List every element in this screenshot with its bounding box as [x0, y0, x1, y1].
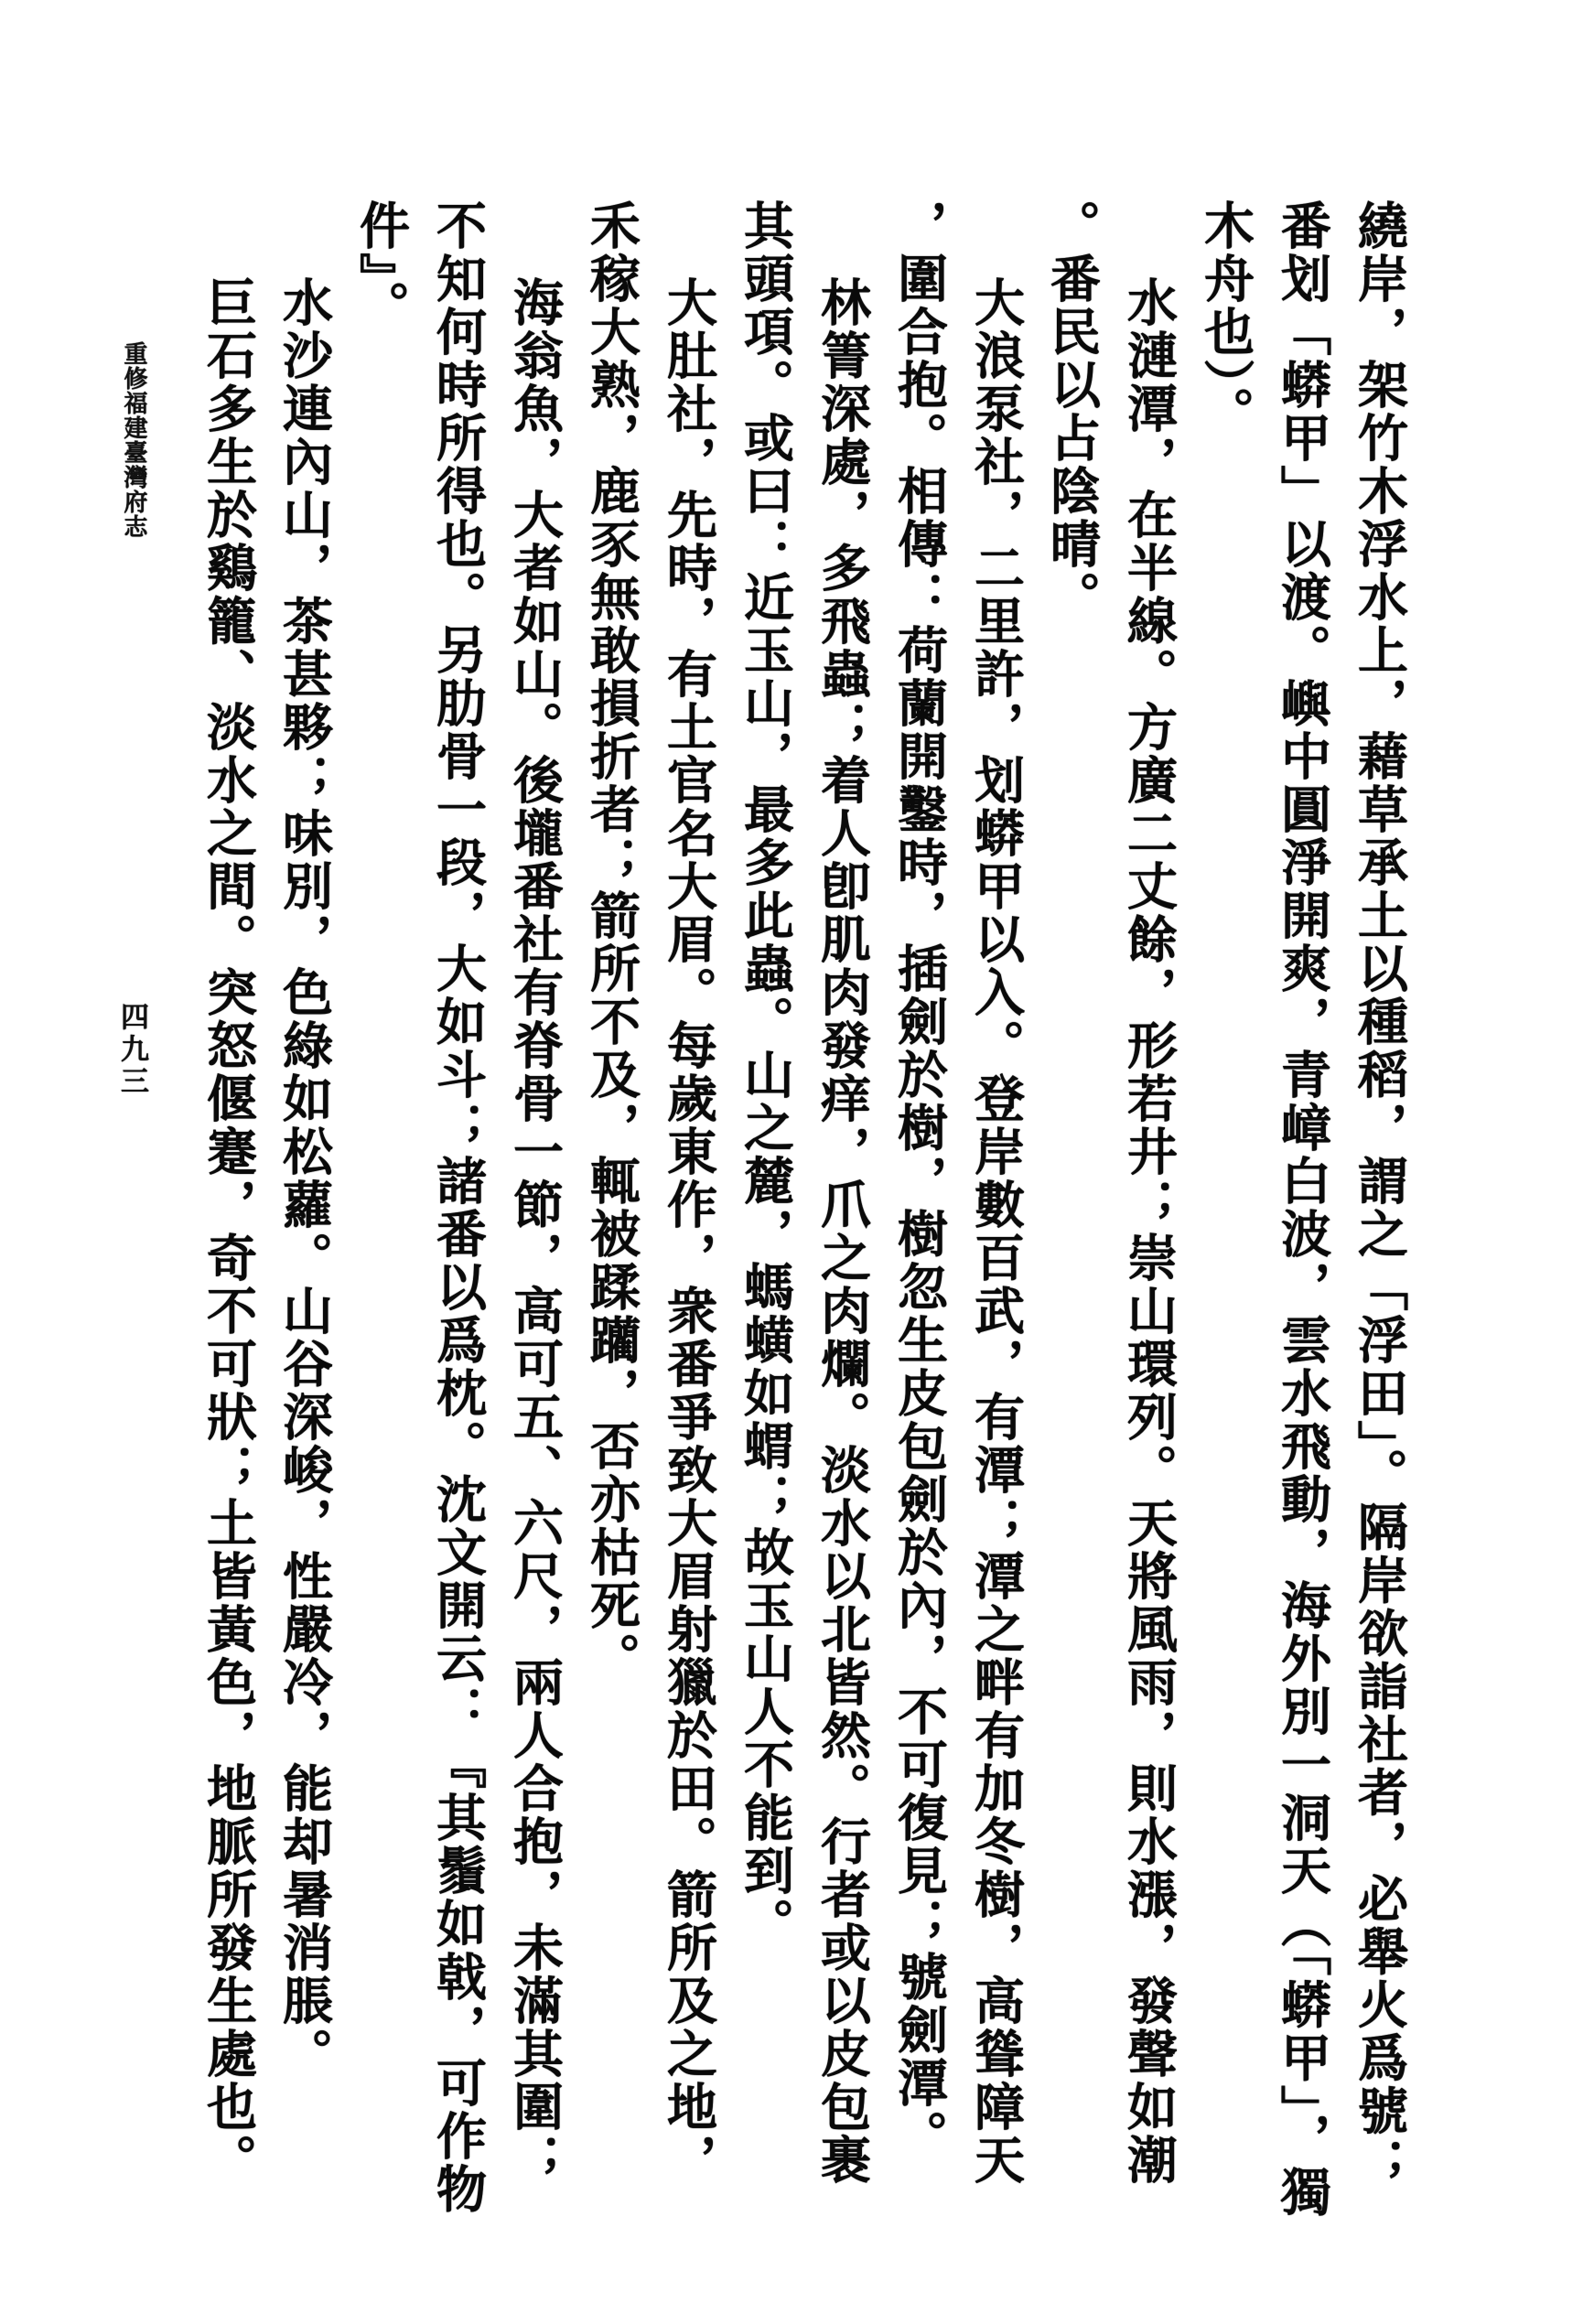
text-column: 巨石多生於鷄籠、淡水之間。突怒偃蹇，奇不可狀；土皆黃色，地脈所發生處也。 [188, 276, 265, 2187]
book-title: 重修福建臺灣府志 [117, 341, 151, 539]
text-column: 不知何時所得也。另肋骨一段，大如斗；諸番以爲枕。沈文開云：『其鬚如戟，可作物 [418, 199, 495, 2216]
text-column: 件』。 [341, 199, 418, 334]
text-column: 繞岸，架竹木浮水上，藉草承土以種稻，謂之「浮田」。隔岸欲詣社者，必舉火爲號； [1340, 199, 1416, 2191]
text-column: 禾稼大熟，鹿豕無敢損折者；箭所不及，輒被蹂躪，否亦枯死。 [572, 199, 649, 1685]
text-column: 番划「蟒甲」以渡。嶼中圓淨開爽，青嶂白波，雲水飛動，海外別一洞天（「蟒甲」，獨 [1263, 199, 1340, 2219]
text-column: 林箐深處，多飛蟲；着人卽肌肉發痒，爪之肉爛。淡水以北皆然。行者或以皮包裹 [802, 276, 879, 2187]
page-number: 四九三 [112, 1002, 153, 1098]
text-column: 水漣潭，在半線。方廣二丈餘，形若井；崇山環列。天將風雨，則水漲，發聲如潮 [1109, 276, 1186, 2187]
text-column: 大肚社，先時，有土官名大眉。每歲東作，衆番爭致大眉射獵於田。箭所及之地， [649, 276, 726, 2187]
text-column: 。番民以占陰晴。 [1032, 199, 1109, 624]
text-column: ，圍合抱。相傳：荷蘭開鑿時，插劍於樹，樹忽生皮包劍於內，不可復見；號劍潭。 [879, 199, 956, 2163]
text-column: 大浪泵社，二里許，划蟒甲以入。登岸數百武，有潭；潭之畔有加冬樹，高聳障天 [956, 276, 1033, 2187]
text-column: 木舟也）。 [1186, 199, 1263, 440]
text-column: 海翁魚，大者如山。後壠番社有脊骨一節，高可五、六尺，兩人合抱，未滿其圍； [495, 276, 572, 2187]
text-column: 其頭項。或曰：近玉山，最多此蟲。山之麓，螞蟥如蝟；故玉山人不能到。 [726, 199, 802, 1951]
text-column: 水沙連內山，茶甚夥；味別，色綠如松蘿。山谷深峻，性嚴冷，能却暑消脹。 [264, 276, 341, 2081]
scanned-page: 繞岸，架竹木浮水上，藉草承土以種稻，謂之「浮田」。隔岸欲詣社者，必舉火爲號；番划… [0, 0, 1583, 2324]
